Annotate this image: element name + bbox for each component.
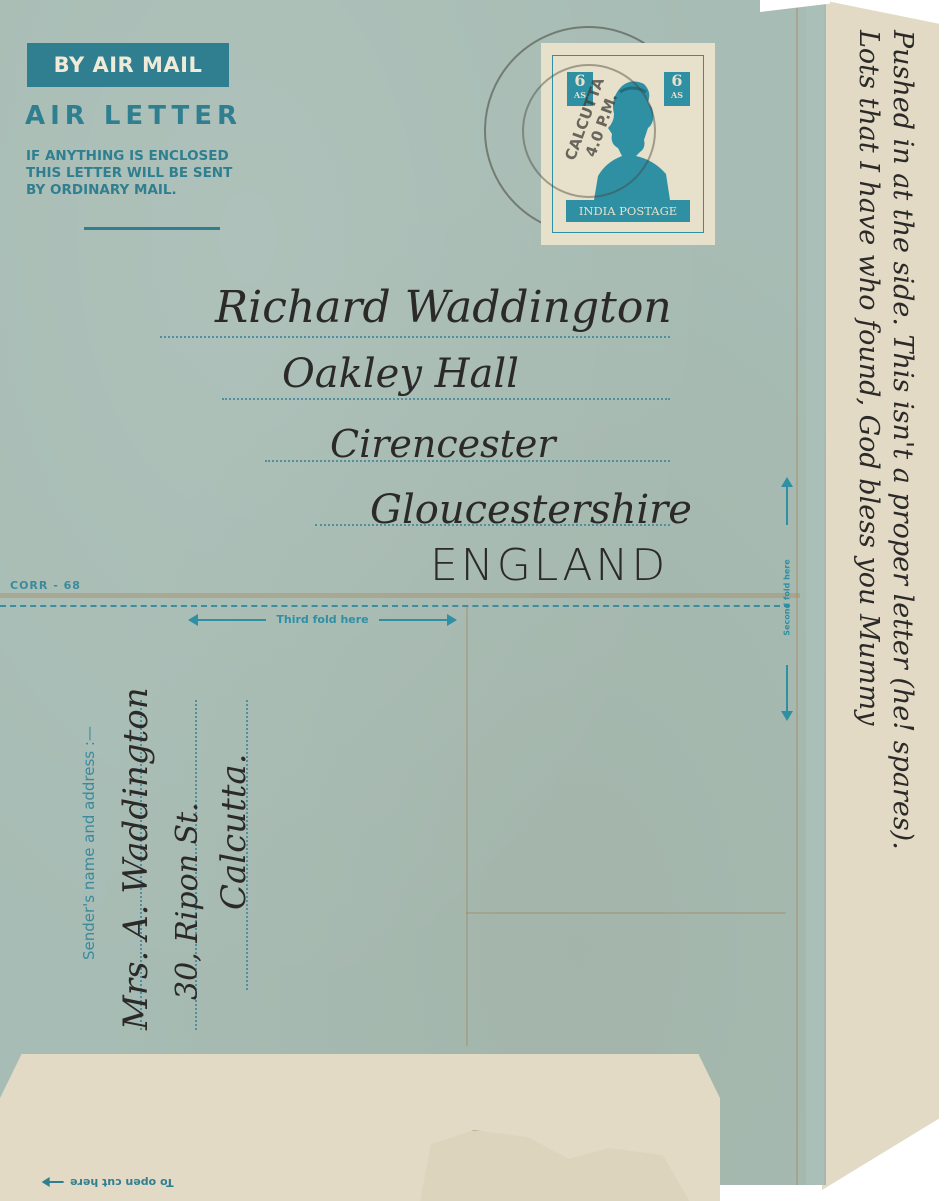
air-letter-title: AIR LETTER xyxy=(25,101,242,131)
third-fold-label: Third fold here xyxy=(276,613,368,626)
second-fold-marker: Second fold here xyxy=(777,475,797,725)
panel-crease xyxy=(466,912,786,914)
sender-street: 30, Ripon St. xyxy=(170,802,205,1000)
print-code: CORR - 68 xyxy=(10,579,81,592)
notice-line: THIS LETTER WILL BE SENT xyxy=(26,165,286,182)
arrow-left-icon xyxy=(190,619,266,621)
address-line xyxy=(160,336,670,338)
sender-name: Mrs. A. Waddington xyxy=(116,687,156,1030)
notice-line: IF ANYTHING IS ENCLOSED xyxy=(26,148,286,165)
sender-label: Sender's name and address :— xyxy=(80,750,98,960)
recipient-county: Gloucestershire xyxy=(370,487,692,533)
india-postage-label: INDIA POSTAGE xyxy=(566,200,690,222)
cut-instruction-label: To open cut here xyxy=(70,1176,174,1189)
recipient-house: Oakley Hall xyxy=(282,351,519,397)
arrow-icon xyxy=(48,1182,64,1184)
panel-crease xyxy=(466,606,468,1046)
side-note-line: Lots that I have who found, God bless yo… xyxy=(853,30,884,725)
sender-city: Calcutta. xyxy=(214,753,254,910)
cut-instruction: To open cut here xyxy=(48,1176,174,1189)
recipient-country: ENGLAND xyxy=(430,540,668,591)
third-fold-line xyxy=(0,605,790,607)
second-fold-label: Second fold here xyxy=(783,536,792,660)
fold-stain xyxy=(0,593,800,598)
notice-line: BY ORDINARY MAIL. xyxy=(26,182,286,199)
third-fold-marker: Third fold here xyxy=(190,613,455,626)
address-line xyxy=(222,398,670,400)
arrow-right-icon xyxy=(379,619,455,621)
arrow-up-icon xyxy=(786,485,788,525)
recipient-name: Richard Waddington xyxy=(215,282,672,333)
air-letter-sheet: BY AIR MAIL AIR LETTER IF ANYTHING IS EN… xyxy=(0,0,947,1201)
by-air-mail-banner: BY AIR MAIL xyxy=(27,43,229,87)
header-rule xyxy=(84,227,220,230)
flap-edge-strip xyxy=(806,0,824,1185)
arrow-down-icon xyxy=(786,665,788,713)
enclosure-notice: IF ANYTHING IS ENCLOSED THIS LETTER WILL… xyxy=(26,148,286,199)
side-note-line: Pushed in at the side. This isn't a prop… xyxy=(887,30,918,850)
recipient-town: Cirencester xyxy=(330,422,556,466)
